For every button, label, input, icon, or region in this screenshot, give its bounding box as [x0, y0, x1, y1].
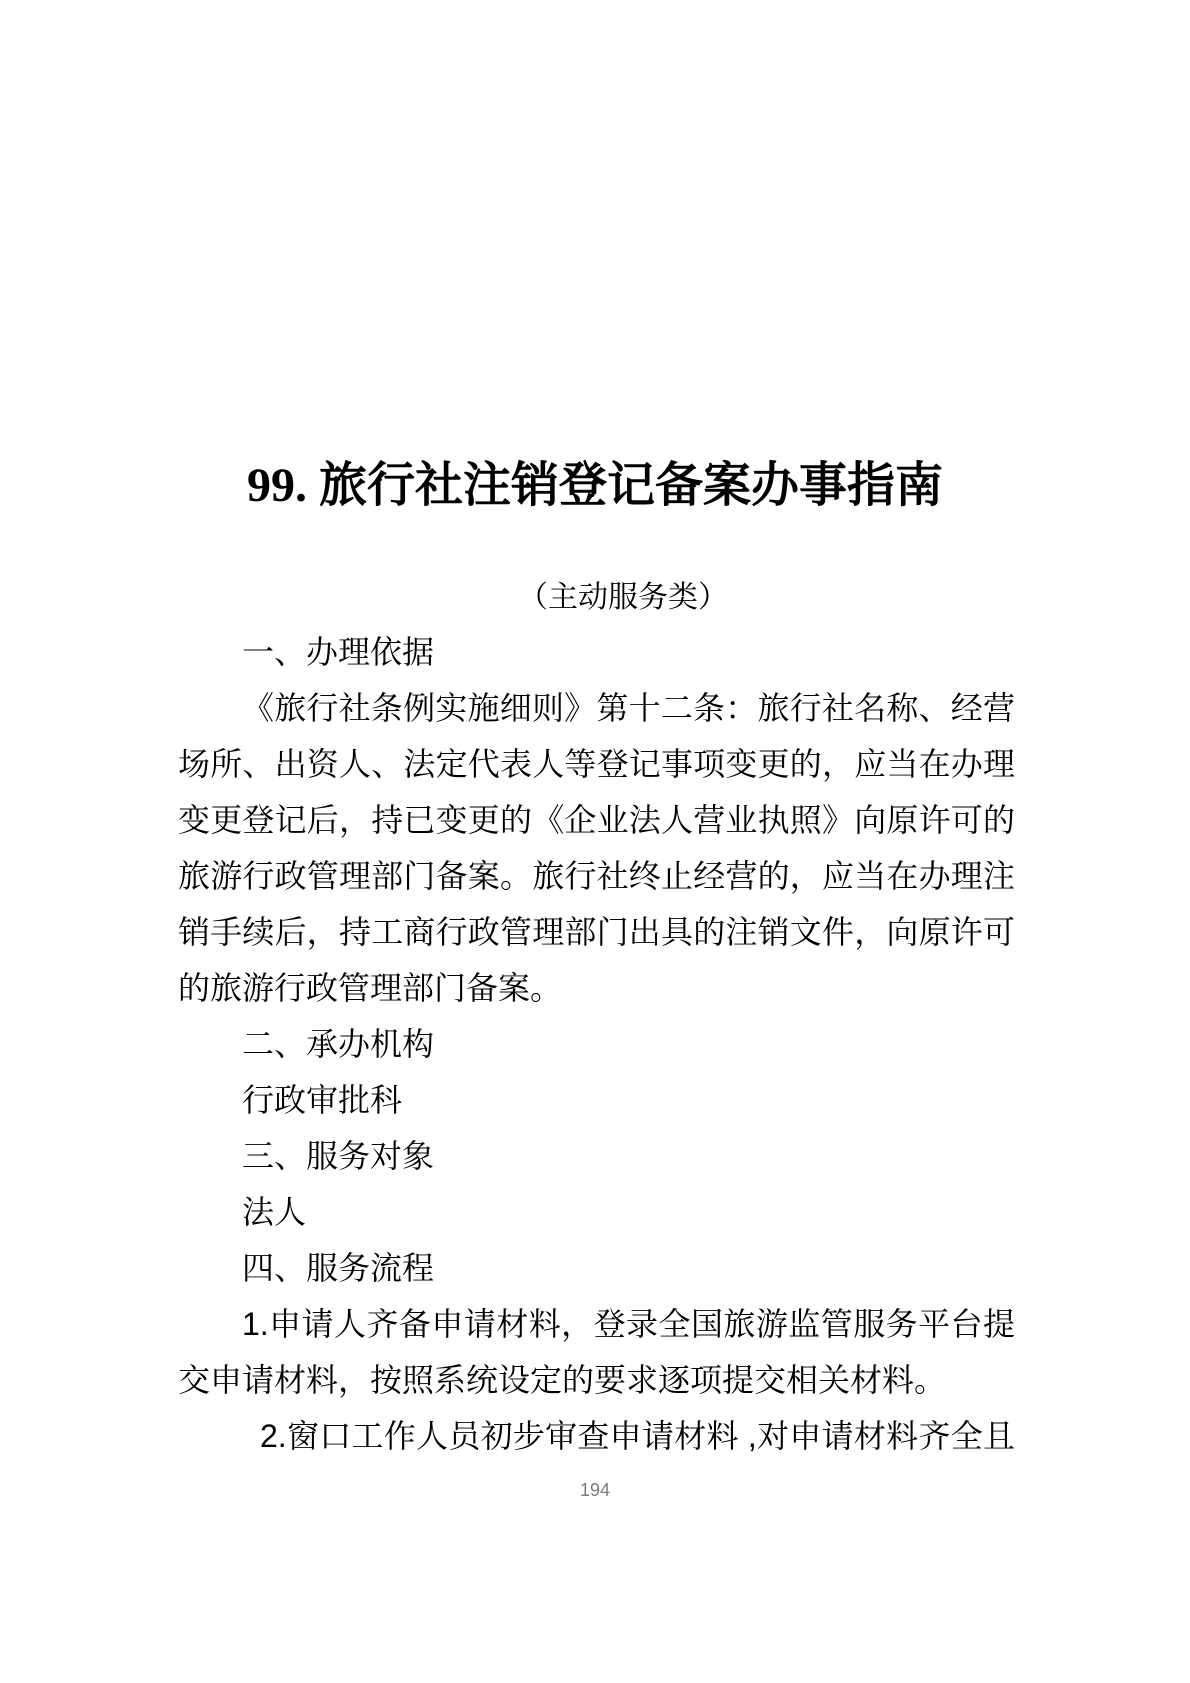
- text-line: 销手续后，持工商行政管理部门出具的注销文件，向原许可: [178, 904, 1015, 960]
- text-line: 交申请材料，按照系统设定的要求逐项提交相关材料。: [178, 1352, 1015, 1408]
- text-line: 旅游行政管理部门备案。旅行社终止经营的，应当在办理注: [178, 848, 1015, 904]
- text-line: 1.申请人齐备申请材料，登录全国旅游监管服务平台提: [178, 1296, 1015, 1352]
- document-page: 99. 旅行社注销登记备案办事指南 （主动服务类） 一、办理依据《旅行社条例实施…: [0, 0, 1190, 1683]
- document-body: 一、办理依据《旅行社条例实施细则》第十二条：旅行社名称、经营场所、出资人、法定代…: [178, 624, 1015, 1464]
- page-title: 99. 旅行社注销登记备案办事指南: [0, 457, 1190, 515]
- text-line: 法人: [178, 1184, 1015, 1240]
- text-line: 行政审批科: [178, 1072, 1015, 1128]
- page-number: 194: [0, 1478, 1190, 1502]
- text-line: 一、办理依据: [178, 624, 1015, 680]
- text-line: 三、服务对象: [178, 1128, 1015, 1184]
- text-line: 变更登记后，持已变更的《企业法人营业执照》向原许可的: [178, 792, 1015, 848]
- text-line: 的旅游行政管理部门备案。: [178, 960, 1015, 1016]
- text-line: 四、服务流程: [178, 1240, 1015, 1296]
- text-line: 《旅行社条例实施细则》第十二条：旅行社名称、经营: [178, 680, 1015, 736]
- text-line: 2.窗口工作人员初步审查申请材料 ,对申请材料齐全且: [178, 1408, 1015, 1464]
- text-line: 场所、出资人、法定代表人等登记事项变更的，应当在办理: [178, 736, 1015, 792]
- doc-subtitle: （主动服务类）: [28, 577, 1190, 619]
- text-line: 二、承办机构: [178, 1016, 1015, 1072]
